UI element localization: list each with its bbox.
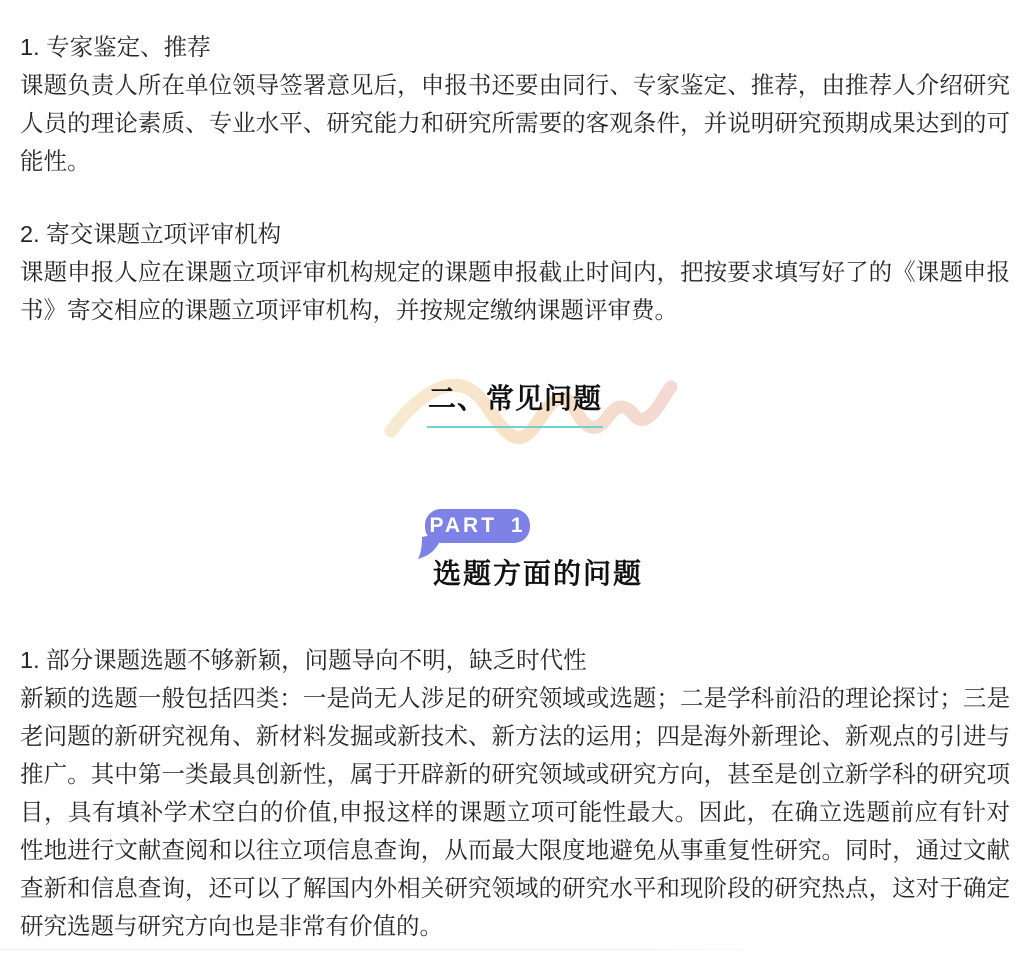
part-1-block: PART 1 选题方面的问题 — [20, 509, 1010, 592]
section-2-heading: 2. 寄交课题立项评审机构 — [20, 215, 1010, 253]
part-1-badge: PART 1 — [412, 509, 532, 543]
section-expert-recommendation: 1. 专家鉴定、推荐 课题负责人所在单位领导签署意见后，申报书还要由同行、专家鉴… — [20, 28, 1010, 180]
section-1-body: 课题负责人所在单位领导签署意见后，申报书还要由同行、专家鉴定、推荐，由推荐人介绍… — [20, 66, 1010, 180]
problem-1-heading: 1. 部分课题选题不够新颖，问题导向不明，缺乏时代性 — [20, 641, 1010, 679]
part-1-badge-label: PART 1 — [425, 509, 530, 543]
chapter-underline — [427, 426, 603, 428]
document-page: 1. 专家鉴定、推荐 课题负责人所在单位领导签署意见后，申报书还要由同行、专家鉴… — [0, 28, 1030, 945]
chapter-title: 二、常见问题 — [20, 381, 1010, 417]
page-divider — [0, 949, 1030, 950]
chapter-heading-block: 二、常见问题 — [20, 381, 1010, 428]
section-topic-problems: 1. 部分课题选题不够新颖，问题导向不明，缺乏时代性 新颖的选题一般包括四类：一… — [20, 641, 1010, 945]
section-2-body: 课题申报人应在课题立项评审机构规定的课题申报截止时间内，把按要求填写好了的《课题… — [20, 253, 1010, 329]
problem-1-body: 新颖的选题一般包括四类：一是尚无人涉足的研究领域或选题；二是学科前沿的理论探讨；… — [20, 679, 1010, 945]
section-1-heading: 1. 专家鉴定、推荐 — [20, 28, 1010, 66]
section-submit-review: 2. 寄交课题立项评审机构 课题申报人应在课题立项评审机构规定的课题申报截止时间… — [20, 215, 1010, 329]
